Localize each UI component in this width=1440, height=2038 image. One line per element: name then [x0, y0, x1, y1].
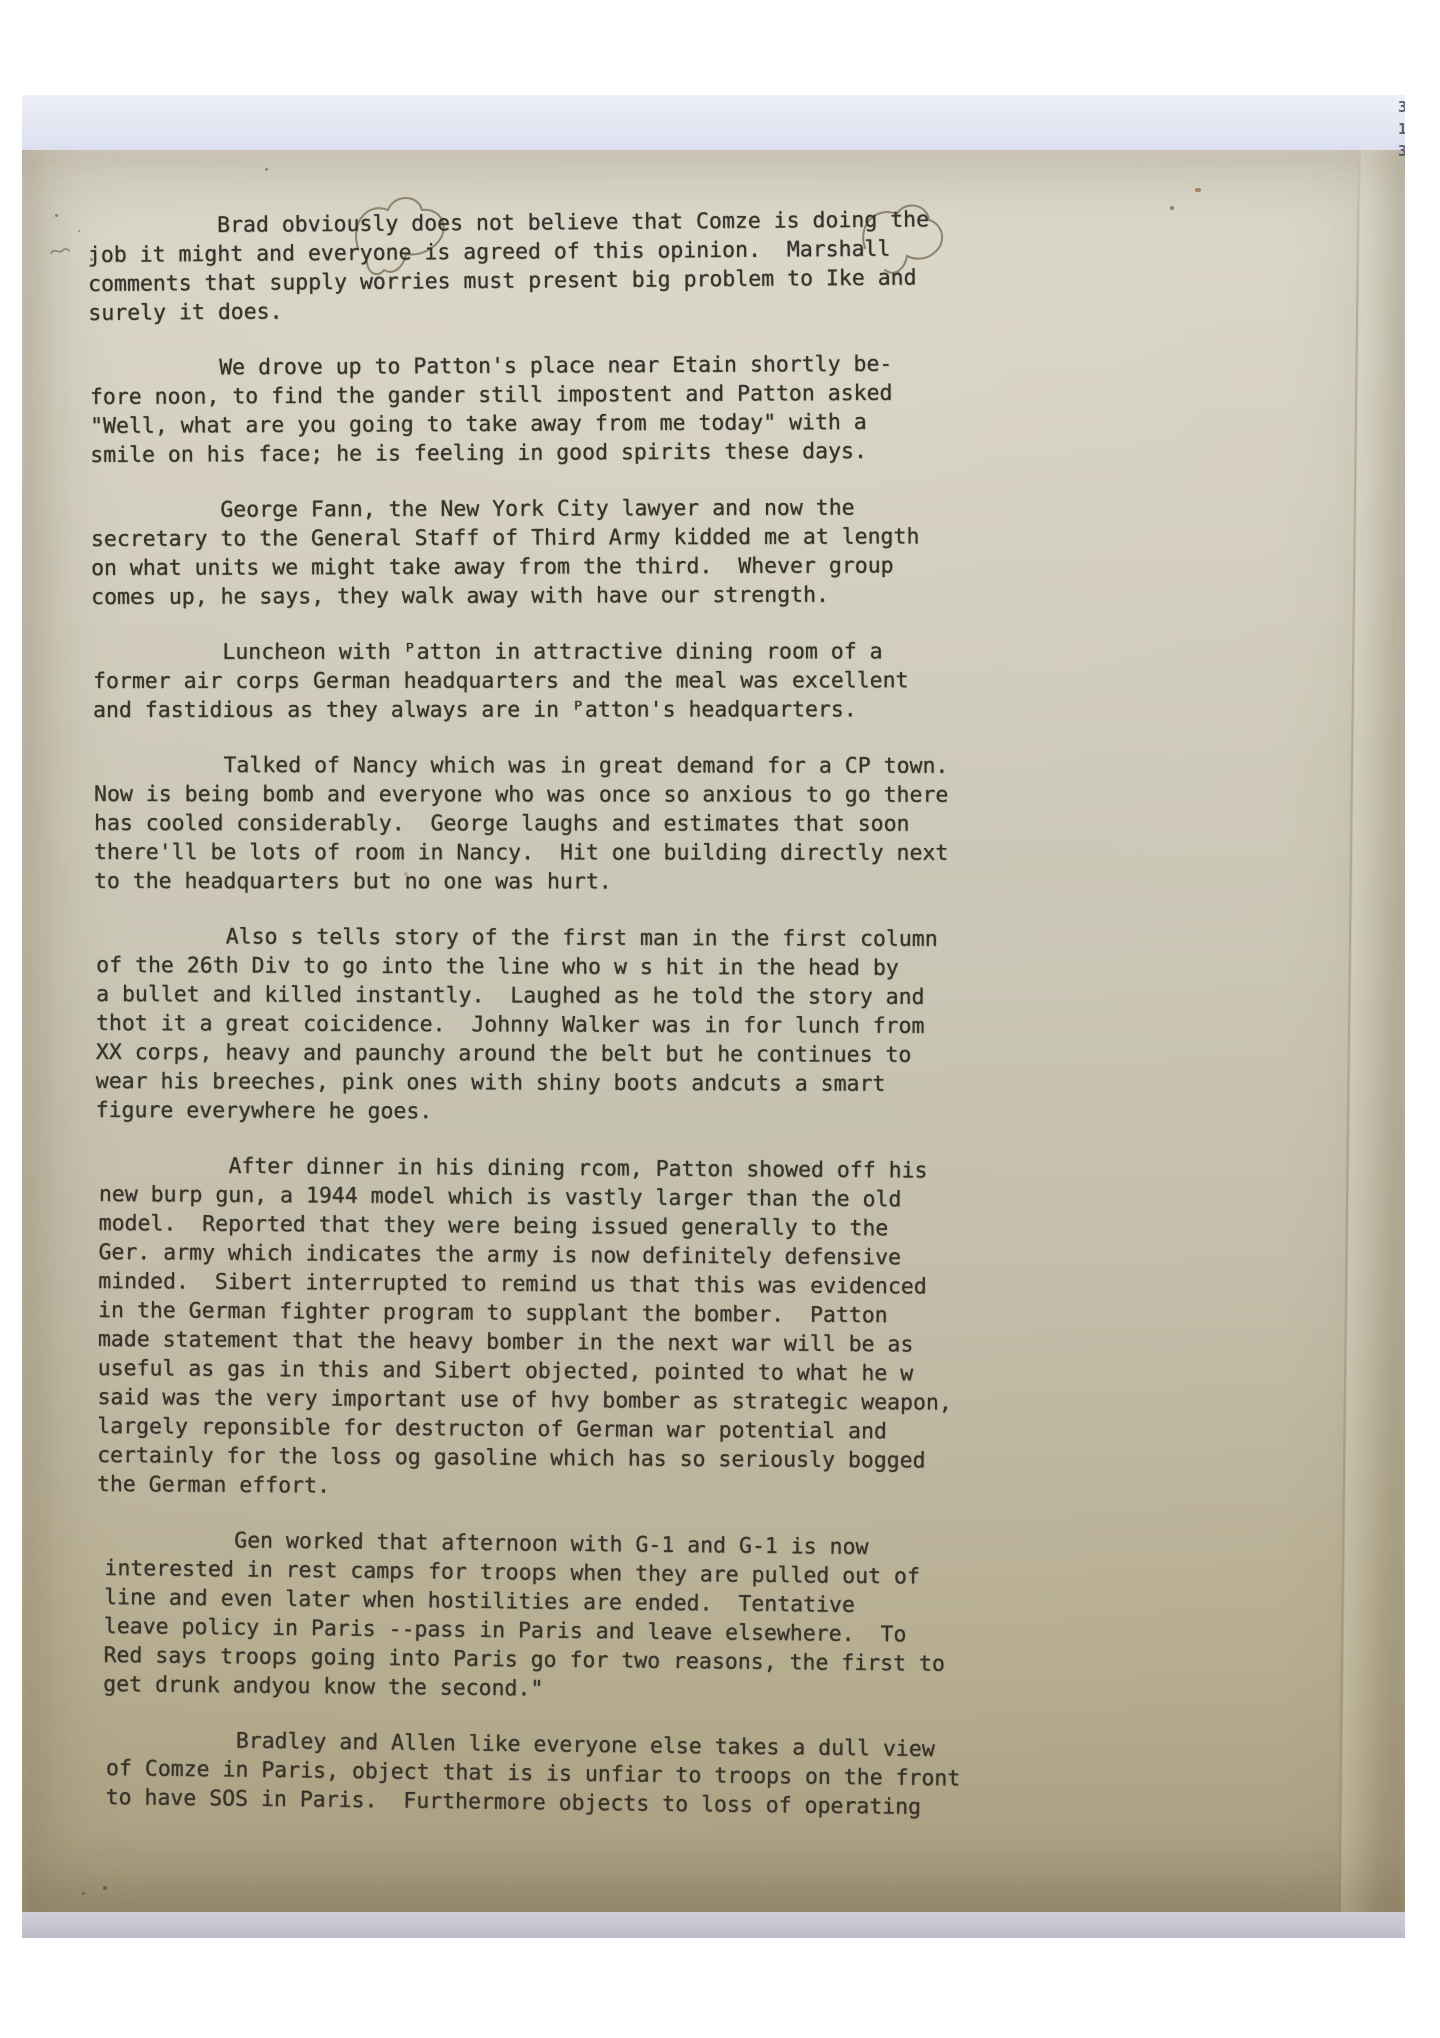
stain-speck	[103, 1886, 107, 1890]
text-line: former air corps German headquarters and…	[93, 666, 1371, 696]
text-line: a bullet and killed instantly. Laughed a…	[96, 980, 1371, 1013]
stain-speck	[82, 1892, 85, 1895]
text-line: and fastidious as they always are in ᴾat…	[93, 695, 1371, 725]
text-line: has cooled considerably. George laughs a…	[94, 809, 1371, 839]
corner-marks: 313	[1388, 96, 1404, 162]
text-line: figure everywhere he goes.	[96, 1096, 1371, 1129]
stain-speck	[55, 214, 58, 217]
stain-speck	[1195, 188, 1201, 192]
text-line: wear his breeches, pink ones with shiny …	[96, 1067, 1371, 1100]
corner-mark: 1	[1398, 118, 1405, 140]
text-line: of the 26th Div to go into the line who …	[96, 951, 1371, 984]
text-line: on what units we might take away from th…	[91, 550, 1371, 583]
text-line: there'll be lots of room in Nancy. Hit o…	[94, 838, 1371, 868]
backdrop-strip-bottom	[22, 1912, 1405, 1938]
text-line: Now is being bomb and everyone who was o…	[94, 780, 1371, 810]
text-line: Luncheon with ᴾatton in attractive dinin…	[93, 637, 1371, 667]
paragraph: We drove up to Patton's place near Etain…	[90, 347, 1372, 470]
text-line: thot it a great coicidence. Johnny Walke…	[96, 1009, 1371, 1042]
text-line: to the headquarters but no one was hurt.	[94, 867, 1371, 897]
paragraph: Brad obviously does not believe that Com…	[88, 202, 1372, 328]
paragraph: After dinner in his dining rcom, Patton …	[97, 1151, 1372, 1507]
stain-squiggle	[50, 246, 70, 256]
screenshot-root: { "colors":{ "backdrop_top":"#eef0f8", "…	[0, 0, 1440, 2038]
paper-sheet: Brad obviously does not believe that Com…	[22, 150, 1405, 1912]
text-line: Talked of Nancy which was in great deman…	[94, 751, 1371, 781]
text-line: comes up, he says, they walk away with h…	[91, 579, 1371, 612]
text-line: Also s tells story of the first man in t…	[96, 922, 1371, 955]
paragraph: Gen worked that afternoon with G-1 and G…	[103, 1525, 1372, 1712]
stain-speck	[265, 168, 268, 171]
backdrop-strip-top	[22, 95, 1405, 150]
paragraph: George Fann, the New York City lawyer an…	[91, 492, 1371, 612]
document-scan-photo: 313 Brad obviously does not believe that…	[22, 95, 1405, 1938]
text-line: XX corps, heavy and paunchy around the b…	[96, 1038, 1371, 1071]
text-line: George Fann, the New York City lawyer an…	[91, 492, 1371, 525]
paragraph: Talked of Nancy which was in great deman…	[94, 751, 1371, 897]
corner-mark: 3	[1398, 140, 1405, 162]
corner-mark: 3	[1398, 96, 1405, 118]
stain-speck	[78, 230, 80, 232]
text-line: smile on his face; he is feeling in good…	[90, 434, 1371, 470]
text-line: secretary to the General Staff of Third …	[91, 521, 1371, 554]
typewritten-text: Brad obviously does not believe that Com…	[88, 212, 1371, 1838]
paragraph: Luncheon with ᴾatton in attractive dinin…	[93, 637, 1371, 725]
paragraph: Also s tells story of the first man in t…	[96, 922, 1372, 1129]
paragraph: Bradley and Allen like everyone else tak…	[105, 1725, 1371, 1827]
